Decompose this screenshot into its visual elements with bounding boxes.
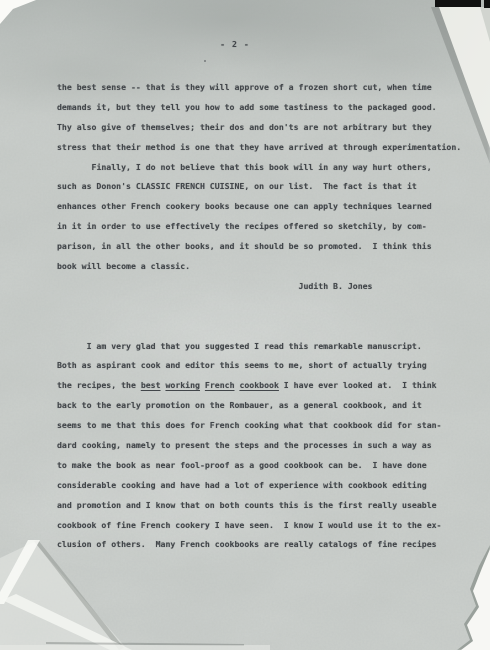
- text-line: considerable cooking and have had a lot …: [57, 476, 477, 496]
- text-line: clusion of others. Many French cookbooks…: [57, 535, 477, 555]
- text-segment: to make the book as near fool-proof as a…: [57, 460, 427, 470]
- underlined-text: working: [165, 380, 200, 390]
- text-segment: book will become a classic.: [57, 261, 190, 271]
- paper: - 2 - the best sense -- that is they wil…: [0, 0, 490, 650]
- text-body: the best sense -- that is they will appr…: [57, 78, 477, 555]
- text-segment: such as Donon's CLASSIC FRENCH CUISINE, …: [57, 181, 417, 191]
- text-segment: Both as aspirant cook and editor this se…: [57, 360, 427, 370]
- text-segment: enhances other French cookery books beca…: [57, 201, 432, 211]
- text-segment: dard cooking, namely to present the step…: [57, 440, 432, 450]
- text-segment: in it in order to use effectively the re…: [57, 221, 427, 231]
- text-line: [57, 297, 477, 317]
- text-segment: parison, in all the other books, and it …: [57, 241, 432, 251]
- page-number: - 2 -: [0, 39, 470, 49]
- text-line: book will become a classic.: [57, 257, 477, 277]
- ink-speck: [204, 60, 206, 62]
- text-line: seems to me that this does for French co…: [57, 416, 477, 436]
- text-line: dard cooking, namely to present the step…: [57, 436, 477, 456]
- scanned-letter-page: - 2 - the best sense -- that is they wil…: [0, 0, 490, 650]
- text-segment: back to the early promotion on the Romba…: [57, 400, 422, 410]
- text-segment: cookbook of fine French cookery I have s…: [57, 520, 442, 530]
- text-segment: Thy also give of themselves; their dos a…: [57, 122, 432, 132]
- bottom-edge-light-band: [0, 645, 270, 650]
- underlined-text: cookbook: [239, 380, 278, 390]
- text-segment: demands it, but they tell you how to add…: [57, 102, 437, 112]
- text-line: and promotion and I know that on both co…: [57, 496, 477, 516]
- text-line: I am very glad that you suggested I read…: [57, 337, 477, 357]
- text-line: parison, in all the other books, and it …: [57, 237, 477, 257]
- text-line: demands it, but they tell you how to add…: [57, 98, 477, 118]
- text-line: back to the early promotion on the Romba…: [57, 396, 477, 416]
- text-segment: I am very glad that you suggested I read…: [87, 341, 422, 351]
- underlined-text: best: [141, 380, 161, 390]
- underlined-text: French: [205, 380, 235, 390]
- text-line: in it in order to use effectively the re…: [57, 217, 477, 237]
- text-segment: the recipes, the: [57, 380, 141, 390]
- text-segment: stress that their method is one that the…: [57, 142, 461, 152]
- text-line: stress that their method is one that the…: [57, 138, 477, 158]
- text-line: Thy also give of themselves; their dos a…: [57, 118, 477, 138]
- text-segment: seems to me that this does for French co…: [57, 420, 442, 430]
- text-segment: considerable cooking and have had a lot …: [57, 480, 427, 490]
- text-segment: and promotion and I know that on both co…: [57, 500, 437, 510]
- text-segment: Judith B. Jones: [299, 281, 373, 291]
- text-line: cookbook of fine French cookery I have s…: [57, 516, 477, 536]
- scan-black-mark: [435, 0, 481, 7]
- text-line: the best sense -- that is they will appr…: [57, 78, 477, 98]
- scan-black-mark-2: [484, 0, 490, 8]
- text-segment: clusion of others. Many French cookbooks…: [57, 539, 437, 549]
- text-segment: the best sense -- that is they will appr…: [57, 82, 432, 92]
- text-line: the recipes, the best working French coo…: [57, 376, 477, 396]
- text-line: to make the book as near fool-proof as a…: [57, 456, 477, 476]
- text-line: enhances other French cookery books beca…: [57, 197, 477, 217]
- text-line: such as Donon's CLASSIC FRENCH CUISINE, …: [57, 177, 477, 197]
- text-line: [57, 317, 477, 337]
- text-segment: Finally, I do not believe that this book…: [92, 162, 432, 172]
- text-line: Judith B. Jones: [57, 277, 477, 297]
- text-segment: I have ever looked at. I think: [279, 380, 437, 390]
- text-line: Both as aspirant cook and editor this se…: [57, 356, 477, 376]
- text-line: Finally, I do not believe that this book…: [57, 158, 477, 178]
